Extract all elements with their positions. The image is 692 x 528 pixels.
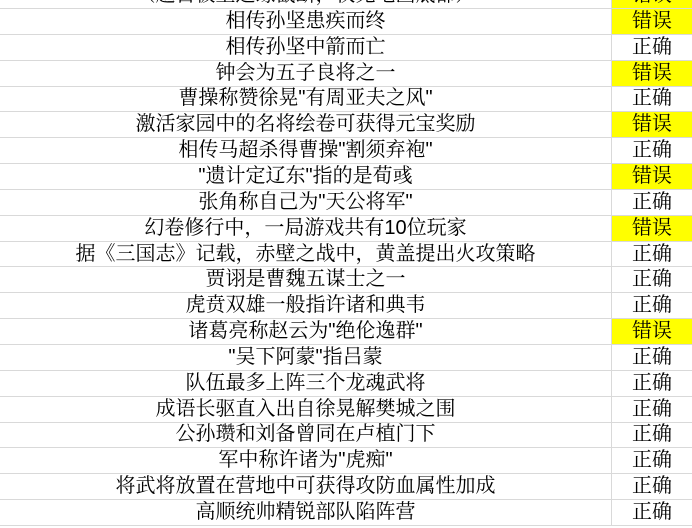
answer-cell-correct[interactable]: 正确 [612,500,692,525]
answer-cell-correct[interactable]: 正确 [612,423,692,448]
answer-cell-wrong[interactable]: 错误 [612,9,692,34]
question-cell[interactable]: 高顺统帅精锐部队陷阵营 [0,500,612,525]
table-row: 幻卷修行中，一局游戏共有10位玩家错误 [0,216,692,242]
answer-cell-wrong[interactable]: 错误 [612,0,692,8]
table-row: 钟会为五子良将之一错误 [0,61,692,87]
answer-cell-correct[interactable]: 正确 [612,87,692,112]
answer-cell-wrong[interactable]: 错误 [612,61,692,86]
table-row: 诸葛亮称赵云为"绝伦逸群"错误 [0,319,692,345]
question-cell[interactable]: 钟会为五子良将之一 [0,61,612,86]
question-cell[interactable]: 队伍最多上阵三个龙魂武将 [0,371,612,396]
answer-cell-wrong[interactable]: 错误 [612,319,692,344]
answer-cell-correct[interactable]: 正确 [612,267,692,292]
table-row: "遗计定辽东"指的是荀彧错误 [0,164,692,190]
answer-cell-correct[interactable]: 正确 [612,293,692,318]
table-row: （题目被上边缘截断，仅见笔画底部）错误 [0,0,692,9]
answer-cell-correct[interactable]: 正确 [612,138,692,163]
answer-cell-wrong[interactable]: 错误 [612,164,692,189]
question-cell[interactable]: 将武将放置在营地中可获得攻防血属性加成 [0,474,612,499]
answer-cell-correct[interactable]: 正确 [612,474,692,499]
question-cell[interactable]: "遗计定辽东"指的是荀彧 [0,164,612,189]
table-row: 成语长驱直入出自徐晃解樊城之围正确 [0,397,692,423]
question-cell[interactable]: 张角称自己为"天公将军" [0,190,612,215]
answer-cell-correct[interactable]: 正确 [612,397,692,422]
question-cell[interactable]: （题目被上边缘截断，仅见笔画底部） [0,0,612,8]
table-row: 虎贲双雄一般指许诸和典韦正确 [0,293,692,319]
table-row: 将武将放置在营地中可获得攻防血属性加成正确 [0,474,692,500]
question-cell[interactable]: 军中称许诸为"虎痴" [0,448,612,473]
table-row: 队伍最多上阵三个龙魂武将正确 [0,371,692,397]
table-row: 公孙瓒和刘备曾同在卢植门下正确 [0,423,692,449]
question-cell[interactable]: 虎贲双雄一般指许诸和典韦 [0,293,612,318]
table-row: 相传孙坚中箭而亡正确 [0,35,692,61]
table-row: 相传马超杀得曹操"割须弃袍"正确 [0,138,692,164]
answer-cell-wrong[interactable]: 错误 [612,216,692,241]
table-row: 激活家园中的名将绘卷可获得元宝奖励错误 [0,112,692,138]
question-cell[interactable]: 贾诩是曹魏五谋士之一 [0,267,612,292]
table-row: 相传孙坚患疾而终错误 [0,9,692,35]
question-cell[interactable]: 激活家园中的名将绘卷可获得元宝奖励 [0,112,612,137]
question-cell[interactable]: 成语长驱直入出自徐晃解樊城之围 [0,397,612,422]
answer-cell-correct[interactable]: 正确 [612,345,692,370]
question-cell[interactable]: 幻卷修行中，一局游戏共有10位玩家 [0,216,612,241]
question-cell[interactable]: 相传马超杀得曹操"割须弃袍" [0,138,612,163]
question-cell[interactable]: 诸葛亮称赵云为"绝伦逸群" [0,319,612,344]
answer-cell-correct[interactable]: 正确 [612,190,692,215]
question-cell[interactable]: 公孙瓒和刘备曾同在卢植门下 [0,423,612,448]
question-cell[interactable]: 相传孙坚中箭而亡 [0,35,612,60]
question-cell[interactable]: 曹操称赞徐晃"有周亚夫之风" [0,87,612,112]
table-row: 贾诩是曹魏五谋士之一正确 [0,267,692,293]
question-cell[interactable]: 相传孙坚患疾而终 [0,9,612,34]
table-row: 高顺统帅精锐部队陷阵营正确 [0,500,692,526]
answer-cell-correct[interactable]: 正确 [612,448,692,473]
answer-cell-wrong[interactable]: 错误 [612,112,692,137]
question-cell[interactable]: "吴下阿蒙"指吕蒙 [0,345,612,370]
table-row: 曹操称赞徐晃"有周亚夫之风"正确 [0,87,692,113]
answer-cell-correct[interactable]: 正确 [612,371,692,396]
answer-cell-correct[interactable]: 正确 [612,242,692,267]
quiz-table: （题目被上边缘截断，仅见笔画底部）错误相传孙坚患疾而终错误相传孙坚中箭而亡正确钟… [0,0,692,526]
table-row: 据《三国志》记载，赤壁之战中，黄盖提出火攻策略正确 [0,242,692,268]
table-row: 张角称自己为"天公将军"正确 [0,190,692,216]
answer-cell-correct[interactable]: 正确 [612,35,692,60]
table-row: "吴下阿蒙"指吕蒙正确 [0,345,692,371]
table-row: 军中称许诸为"虎痴"正确 [0,448,692,474]
question-cell[interactable]: 据《三国志》记载，赤壁之战中，黄盖提出火攻策略 [0,242,612,267]
